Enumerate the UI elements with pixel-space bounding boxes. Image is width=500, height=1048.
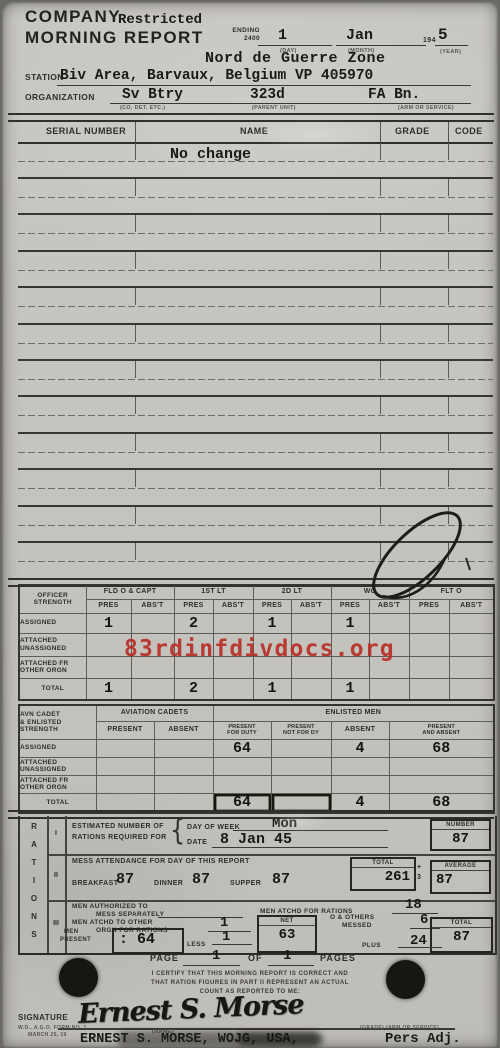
rations-letter: T: [26, 858, 42, 867]
cell: [331, 775, 389, 793]
cell: [389, 775, 494, 793]
form-title-line2: MORNING REPORT: [25, 29, 204, 48]
cell: [96, 775, 154, 793]
average-box: AVERAGE 87: [430, 860, 491, 894]
cell: [96, 757, 154, 775]
cell: [291, 678, 331, 700]
row-label: ASSIGNED: [19, 739, 96, 757]
handwritten-check-mark: [345, 500, 495, 615]
year-prefix: 194: [423, 37, 436, 45]
group-1st-lt: 1ST LT: [174, 585, 253, 599]
cell: [213, 613, 253, 633]
group-enlisted-men: ENLISTED MEN: [213, 705, 494, 721]
atchd-rations-underline: [392, 900, 438, 914]
col-serial-number: SERIAL NUMBER: [46, 127, 126, 137]
subcol-pres: PRES: [174, 599, 213, 613]
ending-time: 2400: [228, 35, 260, 42]
subcol-abst: ABS'T: [213, 599, 253, 613]
rations-numeral-3: III: [48, 920, 64, 927]
punch-hole-left: [59, 958, 98, 997]
cell: [449, 656, 494, 678]
mess-total-box: TOTAL 261: [350, 857, 416, 891]
station-underline: [57, 70, 471, 86]
cell: [369, 613, 409, 633]
pages-underline: [268, 951, 314, 966]
officer-header-line2: STRENGTH: [20, 599, 86, 606]
page-underline: [183, 951, 240, 966]
supper-value: 87: [272, 872, 290, 887]
cell: 1: [253, 613, 291, 633]
subcol-present-and-absent: PRESENTAND ABSENT: [389, 721, 494, 739]
roster-empty-row: [18, 432, 493, 468]
rations-row-line: [47, 854, 495, 856]
col-grade: GRADE: [395, 127, 430, 137]
cell: [213, 775, 271, 793]
atchd-other-line1: MEN ATCHD TO OTHER: [72, 919, 153, 926]
cell: [389, 757, 494, 775]
row-label: ATTACHED FROTHER ORGN: [19, 775, 96, 793]
cell: 2: [174, 678, 213, 700]
subcol-present-not-for-dy: PRESENTNOT FOR DY: [271, 721, 331, 739]
cell: 1: [86, 678, 131, 700]
ending-label: ENDING: [228, 27, 260, 34]
cell: [271, 757, 331, 775]
divide-plus: +: [417, 864, 422, 872]
rations-est-line2: RATIONS REQUIRED FOR: [72, 834, 167, 842]
organization-label: ORGANIZATION: [25, 93, 95, 102]
rations-letter: S: [26, 930, 42, 939]
cell: [409, 656, 449, 678]
roster-empty-row: [18, 395, 493, 431]
average-value: 87: [432, 871, 489, 888]
subcol-pres: PRES: [86, 599, 131, 613]
cell: [131, 678, 174, 700]
average-label: AVERAGE: [432, 862, 489, 871]
date-underline: [212, 834, 388, 848]
enlisted-row-assigned: ASSIGNED 64 4 68: [19, 739, 494, 757]
plus-label: PLUS: [362, 942, 381, 949]
form-content: COMPANY Restricted MORNING REPORT ENDING…: [0, 0, 500, 1048]
scan-glare: [250, 118, 380, 152]
auth-line1: MEN AUTHORIZED TO: [72, 903, 148, 910]
roster-empty-row: [18, 177, 493, 213]
number-label: NUMBER: [432, 821, 489, 830]
stamp-smudge-dark: [238, 1033, 323, 1046]
year-underline: [435, 30, 468, 46]
others-line1: O & OTHERS: [330, 914, 374, 921]
supper-label: SUPPER: [230, 880, 261, 888]
month-underline: [336, 30, 426, 46]
day-underline: [258, 30, 332, 46]
cell: 4: [331, 739, 389, 757]
group-aviation-cadets: AVIATION CADETS: [96, 705, 213, 721]
site-watermark: 83rdinfdivdocs.org: [124, 636, 395, 662]
date-label: DATE: [187, 839, 207, 847]
cell: 1: [331, 613, 369, 633]
roster-entry-no-change: No change: [170, 147, 251, 162]
row-label: TOTAL: [19, 678, 86, 700]
pages-label: PAGES: [320, 954, 356, 964]
form-number-line1: W.D., A.G.O. FORM NO. 1: [18, 1026, 87, 1032]
cell: [291, 613, 331, 633]
mess-total-value: 261: [352, 868, 414, 885]
form-title-line1: COMPANY: [25, 8, 121, 27]
cell: [154, 757, 213, 775]
roster-empty-row: [18, 359, 493, 395]
officer-row-total: TOTAL 1 2 1 1: [19, 678, 494, 700]
cell: [271, 739, 331, 757]
rations-letter: N: [26, 912, 42, 921]
scan-glare: [268, 812, 328, 832]
rations-numeral-1: I: [48, 830, 64, 837]
dinner-label: DINNER: [154, 880, 183, 888]
officer-header-line1: OFFICER: [20, 592, 86, 599]
mess-total-label: TOTAL: [352, 859, 414, 868]
roster-empty-row: [18, 286, 493, 322]
enlisted-row-attached-unassigned: ATTACHEDUNASSIGNED: [19, 757, 494, 775]
row-label: ATTACHEDUNASSIGNED: [19, 757, 96, 775]
morning-report-scan: COMPANY Restricted MORNING REPORT ENDING…: [0, 0, 500, 1048]
year-sublabel: (YEAR): [440, 49, 461, 55]
enlisted-strength-table: AVN CADET & ENLISTED STRENGTH AVIATION C…: [18, 704, 495, 814]
cell: [154, 739, 213, 757]
subcol-pres: PRES: [253, 599, 291, 613]
typed-grade: Pers Adj.: [385, 1032, 461, 1046]
rations-total-label: TOTAL: [432, 919, 491, 928]
organization-underline: [110, 89, 471, 104]
cell: [213, 757, 271, 775]
cell: [449, 678, 494, 700]
cell: [409, 613, 449, 633]
cell: 1: [86, 613, 131, 633]
cell: [154, 775, 213, 793]
page-label: PAGE: [150, 954, 179, 964]
less-underline: [212, 932, 252, 945]
cell: 68: [389, 739, 494, 757]
mess-attendance-label: MESS ATTENDANCE FOR DAY OF THIS REPORT: [72, 858, 250, 866]
cell: 64: [213, 739, 271, 757]
number-value: 87: [432, 830, 489, 847]
men-present-line1: MEN: [64, 929, 79, 936]
cell: [449, 633, 494, 656]
group-2d-lt: 2D LT: [253, 585, 331, 599]
cell: [131, 613, 174, 633]
net-value: 63: [259, 926, 315, 943]
punch-hole-right: [386, 960, 425, 999]
cell: [369, 678, 409, 700]
row-label: ATTACHEDUNASSIGNED: [19, 633, 86, 656]
brace-glyph: {: [170, 813, 185, 847]
plus-underline: [398, 935, 442, 948]
subcol-abst: ABS'T: [131, 599, 174, 613]
enlisted-row-attached-fr: ATTACHED FROTHER ORGN: [19, 775, 494, 793]
subcol-present-for-duty: PRESENTFOR DUTY: [213, 721, 271, 739]
org-unit-sublabel: (CO. DET. ETC.): [120, 106, 165, 112]
row-label: ATTACHED FROTHER ORGN: [19, 656, 86, 678]
group-fldo-capt: FLD O & CAPT: [86, 585, 174, 599]
rations-letter: I: [26, 876, 42, 885]
org-parent-sublabel: (PARENT UNIT): [252, 106, 296, 112]
number-box: NUMBER 87: [430, 819, 491, 851]
cell: 1: [253, 678, 291, 700]
rations-letter: R: [26, 822, 42, 831]
subcol-present: PRESENT: [96, 721, 154, 739]
breakfast-value: 87: [116, 872, 134, 887]
org-arm-sublabel: (ARM OR SERVICE): [398, 106, 454, 112]
auth-underline: [158, 909, 243, 918]
cell: [271, 775, 331, 793]
cell: 1: [331, 678, 369, 700]
row-label: ASSIGNED: [19, 613, 86, 633]
roster-empty-row: [18, 323, 493, 359]
others-line2: MESSED: [342, 922, 372, 929]
dinner-value: 87: [192, 872, 210, 887]
roster-empty-row: [18, 213, 493, 249]
breakfast-label: BREAKFAST: [72, 880, 118, 888]
divide-three: 3: [417, 874, 421, 882]
men-present-line2: PRESENT: [60, 937, 91, 944]
cell: [96, 739, 154, 757]
auth-line2: MESS SEPARATELY: [96, 911, 164, 918]
of-label: OF: [248, 954, 263, 964]
net-label: NET: [259, 917, 315, 926]
subcol-absent: ABSENT: [154, 721, 213, 739]
officer-strength-header: OFFICER STRENGTH: [19, 585, 86, 613]
cell: [409, 633, 449, 656]
less-label: LESS: [187, 941, 206, 948]
men-present-value: : 64: [114, 930, 182, 948]
cell: [449, 613, 494, 633]
enlisted-strength-header: AVN CADET & ENLISTED STRENGTH: [19, 705, 96, 739]
classification-stamp: Restricted: [118, 13, 202, 27]
rations-letter: O: [26, 894, 42, 903]
cell: [409, 678, 449, 700]
rations-section: R A T I O N S I II III ESTIMATED NUMBER …: [18, 816, 497, 955]
rations-est-line1: ESTIMATED NUMBER OF: [72, 823, 164, 831]
officer-row-assigned: ASSIGNED 1 2 1 1: [19, 613, 494, 633]
rations-numeral-2: II: [48, 872, 64, 879]
roster-empty-row: [18, 250, 493, 286]
subcol-abst: ABS'T: [291, 599, 331, 613]
zone-entry: Nord de Guerre Zone: [205, 51, 386, 66]
cell: [331, 757, 389, 775]
rations-letter: A: [26, 840, 42, 849]
men-present-box: : 64: [112, 928, 184, 954]
subcol-absent-em: ABSENT: [331, 721, 389, 739]
form-number-line2: MARCH 25, 19: [28, 1033, 67, 1039]
cell: [213, 678, 253, 700]
col-code: CODE: [455, 127, 483, 137]
cell: 2: [174, 613, 213, 633]
